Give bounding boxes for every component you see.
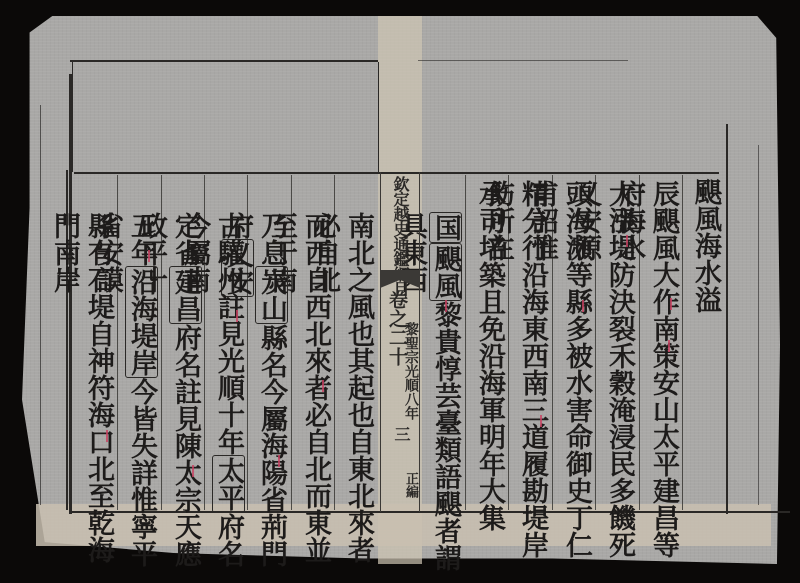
- right-outer-rule: [758, 145, 759, 505]
- era-label: 黎聖宗光順八年: [402, 322, 419, 420]
- red-punctuation-mark: [445, 300, 447, 312]
- text-column: 而西自西北來者必自北而東並至于南: [298, 212, 332, 583]
- red-punctuation-mark: [322, 380, 324, 392]
- header-box-left: [72, 62, 73, 172]
- text-column: 五年沿海堤岸今皆失詳惟寧平省安謨: [124, 212, 158, 583]
- text-segment: 乃息: [256, 212, 287, 266]
- text-column: 古驩州註見光順十年太平府名今屬南: [211, 212, 245, 583]
- left-outer-rule: [40, 105, 41, 505]
- red-punctuation-mark: [148, 250, 150, 262]
- red-punctuation-mark: [106, 430, 108, 442]
- red-punctuation-mark: [192, 465, 194, 477]
- red-punctuation-mark: [582, 300, 584, 312]
- boxed-term: 建昌: [169, 266, 202, 324]
- header-box-right: [378, 62, 379, 172]
- center-spine: 欽定越史通鑑綱目 卷之二十 黎聖宗光順八年 三 正編: [380, 172, 420, 512]
- column-rule: [682, 175, 683, 510]
- page-number: 三: [390, 426, 413, 442]
- boxed-term: 炭山: [255, 266, 288, 324]
- spine-rule-right: [419, 172, 420, 512]
- left-border-rule: [69, 74, 72, 514]
- heading-text: 颶風海水溢: [688, 178, 722, 313]
- red-punctuation-mark: [278, 455, 280, 467]
- text-column: 定省建昌府名註見陳太宗天應政平十: [168, 212, 202, 583]
- text-column-commentary: 国颶風黎貴惇芸臺類語颶者謂具東西: [428, 212, 462, 583]
- text-column: 精分行沿海東西南三道履勘堤岸飭所在: [515, 180, 549, 583]
- red-punctuation-mark: [236, 310, 238, 322]
- red-punctuation-mark: [668, 340, 670, 352]
- text-column-heading: 颶風海水溢: [688, 178, 722, 313]
- text-column: 乃息炭山縣名今屬海陽省荊門府乂安: [254, 212, 288, 583]
- section-label: 正編: [402, 472, 418, 498]
- frame-top-right: [418, 60, 628, 61]
- red-punctuation-mark: [626, 235, 628, 247]
- boxed-term: 太平: [212, 455, 245, 513]
- text-column: 承司培築且免沿海軍明年大集: [472, 180, 506, 531]
- text-column: 大漲堤防決裂禾穀淹浸民多饑死乂安源: [602, 180, 636, 583]
- boxed-term: 颶風: [429, 243, 462, 301]
- text-segment: 五年: [126, 212, 157, 266]
- text-segment: 古驩州註見光順十年: [213, 212, 244, 455]
- right-border-rule: [726, 124, 728, 514]
- boxed-term: 沿海堤岸: [125, 266, 158, 378]
- text-segment: 定省: [170, 212, 201, 266]
- text-column: 辰颶風大作南策安山太平建昌等府海水: [646, 180, 680, 583]
- text-column: 縣有石堤自神符海口北至乾海門南岸: [81, 212, 115, 583]
- red-punctuation-mark: [540, 415, 542, 427]
- frame-top-left: [70, 60, 378, 62]
- column-rule: [465, 175, 466, 510]
- text-column: 頭海瀕等縣多被水害命御史丁仁甫詔惟: [559, 180, 593, 583]
- text-column: 南北之風也其起也自東北來者必自北: [341, 212, 375, 583]
- commentary-marker: 国: [429, 212, 462, 243]
- red-punctuation-mark: [670, 298, 672, 310]
- spine-rule-left: [380, 172, 381, 512]
